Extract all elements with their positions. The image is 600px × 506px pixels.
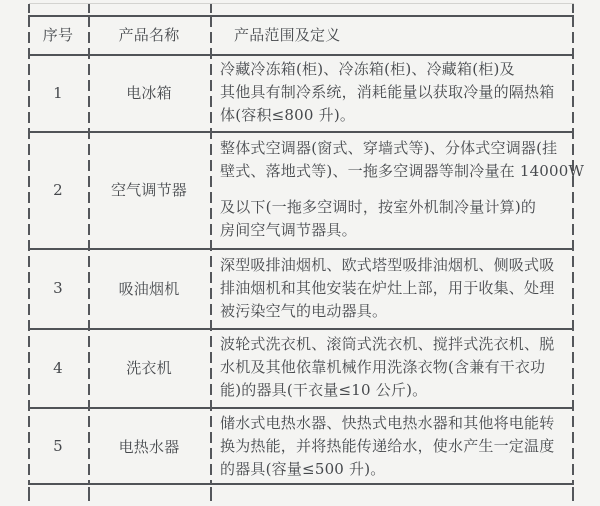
definition-paragraph: 波轮式洗衣机、滚筒式洗衣机、搅拌式洗衣机、脱水机及其他依靠机械作用洗涤衣物(含兼…: [220, 333, 554, 402]
crop-tick: [28, 487, 30, 501]
crop-tick: [210, 4, 212, 13]
product-name-cell: 电热水器: [88, 407, 210, 485]
definition-line: 的器具(容量≤500 升)。: [220, 458, 554, 481]
definition-line: 波轮式洗衣机、滚筒式洗衣机、搅拌式洗衣机、脱: [220, 333, 554, 356]
crop-tick: [210, 487, 212, 501]
definition-line: 冷藏冷冻箱(柜)、冷冻箱(柜)、冷藏箱(柜)及: [220, 58, 554, 81]
product-definition-cell: 冷藏冷冻箱(柜)、冷冻箱(柜)、冷藏箱(柜)及其他具有制冷系统，消耗能量以获取冷…: [210, 54, 574, 131]
definition-line: 换为热能，并将热能传递给水，使水产生一定温度: [220, 435, 554, 458]
row-serial-number-cell: 1: [28, 54, 88, 131]
definition-line: 及以下(一拖多空调时，按室外机制冷量计算)的: [220, 196, 536, 219]
definition-line: 水机及其他依靠机械作用洗涤衣物(含兼有干衣功: [220, 356, 554, 379]
definition-paragraph: 整体式空调器(窗式、穿墙式等)、分体式空调器(挂壁式、落地式等)、一拖多空调器等…: [220, 137, 584, 183]
definition-line: 被污染空气的电动器具。: [220, 300, 554, 323]
product-definition-cell: 深型吸排油烟机、欧式塔型吸排油烟机、侧吸式吸排油烟机和其他安装在炉灶上部，用于收…: [210, 248, 574, 328]
header-cell-product-name: 产品名称: [88, 15, 210, 54]
crop-tick: [88, 487, 90, 501]
header-cell-product-scope-definition: 产品范围及定义: [210, 15, 574, 54]
scan-crop-artifact-line: [29, 3, 574, 4]
definition-paragraph: 冷藏冷冻箱(柜)、冷冻箱(柜)、冷藏箱(柜)及其他具有制冷系统，消耗能量以获取冷…: [220, 58, 554, 127]
row-serial-number-cell: 4: [28, 328, 88, 407]
scanned-document-page: 序号 产品名称 产品范围及定义 1电冰箱冷藏冷冻箱(柜)、冷冻箱(柜)、冷藏箱(…: [0, 0, 600, 506]
table-grid: 序号 产品名称 产品范围及定义 1电冰箱冷藏冷冻箱(柜)、冷冻箱(柜)、冷藏箱(…: [28, 15, 574, 485]
definition-paragraph: 及以下(一拖多空调时，按室外机制冷量计算)的房间空气调节器具。: [220, 196, 536, 242]
row-serial-number-cell: 5: [28, 407, 88, 485]
definition-paragraph: 储水式电热水器、快热式电热水器和其他将电能转换为热能，并将热能传递给水，使水产生…: [220, 412, 554, 481]
row-serial-number-cell: 2: [28, 131, 88, 248]
definition-paragraph: 深型吸排油烟机、欧式塔型吸排油烟机、侧吸式吸排油烟机和其他安装在炉灶上部，用于收…: [220, 254, 554, 323]
definition-line: 房间空气调节器具。: [220, 219, 536, 242]
row-serial-number-cell: 3: [28, 248, 88, 328]
product-definition-table: 序号 产品名称 产品范围及定义 1电冰箱冷藏冷冻箱(柜)、冷冻箱(柜)、冷藏箱(…: [28, 15, 574, 485]
definition-line: 排油烟机和其他安装在炉灶上部，用于收集、处理: [220, 277, 554, 300]
product-name-cell: 洗衣机: [88, 328, 210, 407]
definition-line: 其他具有制冷系统，消耗能量以获取冷量的隔热箱: [220, 81, 554, 104]
crop-tick: [28, 4, 30, 13]
product-definition-cell: 整体式空调器(窗式、穿墙式等)、分体式空调器(挂壁式、落地式等)、一拖多空调器等…: [210, 131, 574, 248]
definition-line: 储水式电热水器、快热式电热水器和其他将电能转: [220, 412, 554, 435]
definition-line: 体(容积≤800 升)。: [220, 104, 554, 127]
product-definition-cell: 波轮式洗衣机、滚筒式洗衣机、搅拌式洗衣机、脱水机及其他依靠机械作用洗涤衣物(含兼…: [210, 328, 574, 407]
product-name-cell: 电冰箱: [88, 54, 210, 131]
product-name-cell: 吸油烟机: [88, 248, 210, 328]
definition-line: 能)的器具(干衣量≤10 公斤)。: [220, 379, 554, 402]
definition-line: 壁式、落地式等)、一拖多空调器等制冷量在 14000W: [220, 160, 584, 183]
definition-line: 深型吸排油烟机、欧式塔型吸排油烟机、侧吸式吸: [220, 254, 554, 277]
crop-tick: [572, 4, 574, 13]
header-cell-serial-number: 序号: [28, 15, 88, 54]
product-definition-cell: 储水式电热水器、快热式电热水器和其他将电能转换为热能，并将热能传递给水，使水产生…: [210, 407, 574, 485]
crop-tick: [572, 487, 574, 501]
definition-line: 整体式空调器(窗式、穿墙式等)、分体式空调器(挂: [220, 137, 584, 160]
product-name-cell: 空气调节器: [88, 131, 210, 248]
crop-tick: [88, 4, 90, 13]
